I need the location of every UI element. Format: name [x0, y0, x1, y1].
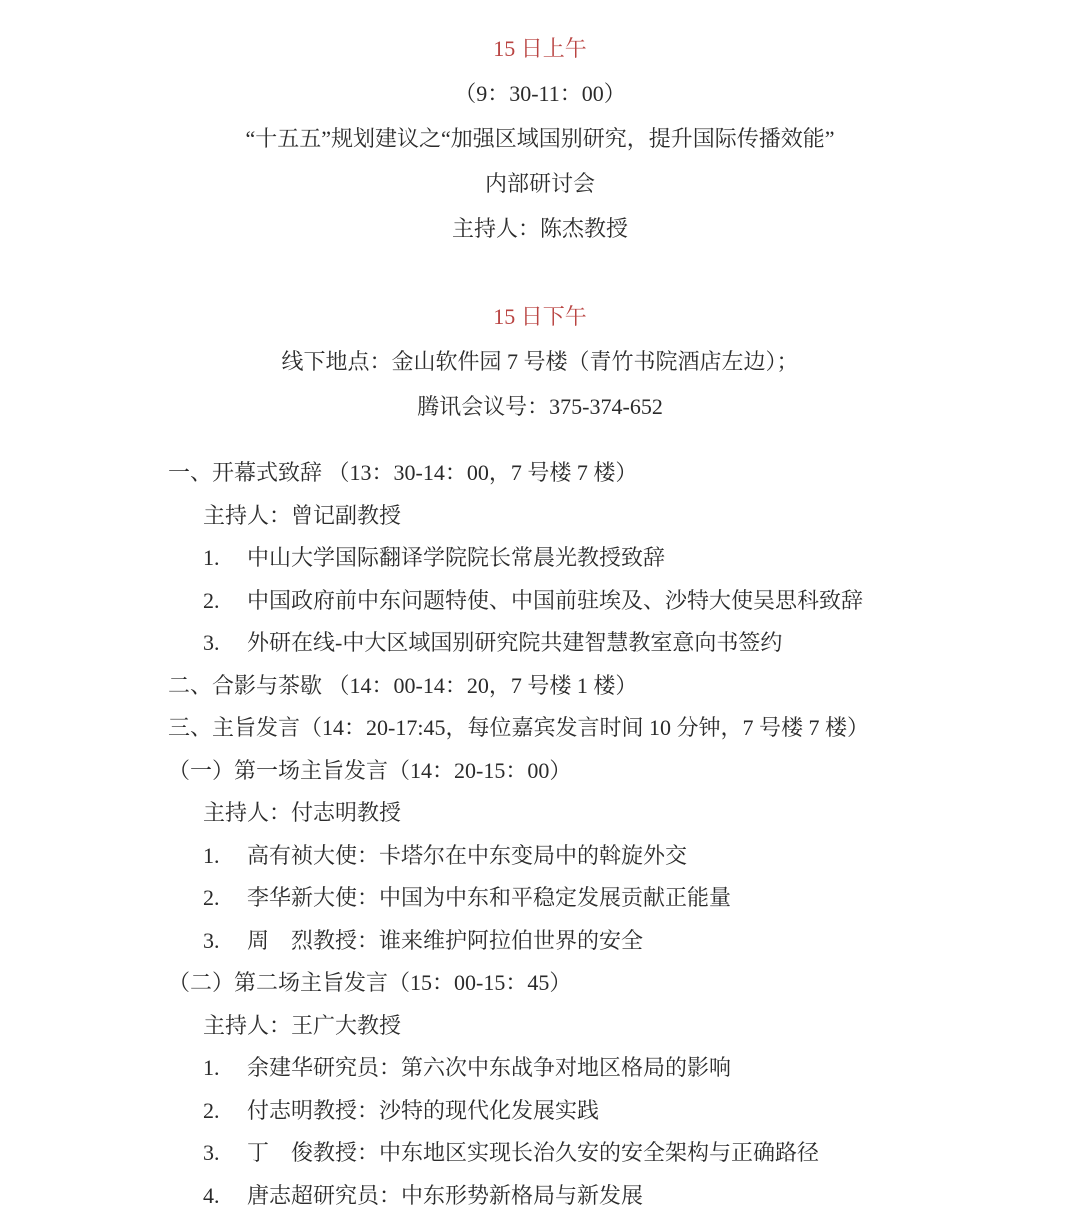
agenda-item-number: 1. — [203, 835, 247, 878]
agenda-section-1-host: 主持人：曾记副教授 — [0, 495, 1080, 538]
agenda-item-number: 2. — [203, 877, 247, 920]
agenda-item-number: 3. — [203, 622, 247, 665]
section-gap — [0, 429, 1080, 452]
agenda-item-number: 4. — [203, 1175, 247, 1218]
afternoon-session-block: 15 日下午 线下地点：金山软件园 7 号楼（青竹书院酒店左边）； 腾讯会议号：… — [0, 294, 1080, 429]
agenda-section-3-heading: 三、主旨发言（14：20-17:45，每位嘉宾发言时间 10 分钟，7 号楼 7… — [0, 707, 1080, 750]
agenda-item-number: 1. — [203, 1047, 247, 1090]
agenda-item-number: 3. — [203, 1132, 247, 1175]
agenda-item: 2.李华新大使：中国为中东和平稳定发展贡献正能量 — [0, 877, 1080, 920]
agenda-subsection-1-host: 主持人：付志明教授 — [0, 792, 1080, 835]
document-page: 15 日上午 （9：30-11：00） “十五五”规划建议之“加强区域国别研究，… — [0, 0, 1080, 1229]
section-gap — [0, 251, 1080, 294]
agenda-item: 2.付志明教授：沙特的现代化发展实践 — [0, 1090, 1080, 1133]
seminar-title: “十五五”规划建议之“加强区域国别研究，提升国际传播效能” — [0, 116, 1080, 161]
agenda-item: 1.余建华研究员：第六次中东战争对地区格局的影响 — [0, 1047, 1080, 1090]
morning-time: （9：30-11：00） — [0, 71, 1080, 116]
agenda-item-text: 中国政府前中东问题特使、中国前驻埃及、沙特大使吴思科致辞 — [247, 588, 863, 613]
agenda-item: 3.周 烈教授：谁来维护阿拉伯世界的安全 — [0, 920, 1080, 963]
agenda-item-text: 外研在线-中大区域国别研究院共建智慧教室意向书签约 — [247, 630, 782, 655]
morning-session-block: 15 日上午 （9：30-11：00） “十五五”规划建议之“加强区域国别研究，… — [0, 0, 1080, 251]
morning-heading: 15 日上午 — [0, 26, 1080, 71]
agenda-item: 1.高有祯大使：卡塔尔在中东变局中的斡旋外交 — [0, 835, 1080, 878]
agenda-item: 4.唐志超研究员：中东形势新格局与新发展 — [0, 1175, 1080, 1218]
agenda-item: 3.丁 俊教授：中东地区实现长治久安的安全架构与正确路径 — [0, 1132, 1080, 1175]
agenda-item: 1.中山大学国际翻译学院院长常晨光教授致辞 — [0, 537, 1080, 580]
agenda-item-text: 中山大学国际翻译学院院长常晨光教授致辞 — [247, 545, 665, 570]
agenda-item-number: 1. — [203, 537, 247, 580]
afternoon-venue: 线下地点：金山软件园 7 号楼（青竹书院酒店左边）； — [0, 339, 1080, 384]
agenda-item-text: 付志明教授：沙特的现代化发展实践 — [247, 1098, 599, 1123]
agenda-item-number: 2. — [203, 1090, 247, 1133]
agenda-item: 3.外研在线-中大区域国别研究院共建智慧教室意向书签约 — [0, 622, 1080, 665]
morning-host: 主持人：陈杰教授 — [0, 206, 1080, 251]
agenda-item-text: 丁 俊教授：中东地区实现长治久安的安全架构与正确路径 — [247, 1140, 819, 1165]
afternoon-heading: 15 日下午 — [0, 294, 1080, 339]
agenda-item-text: 余建华研究员：第六次中东战争对地区格局的影响 — [247, 1055, 731, 1080]
agenda-section-2-heading: 二、合影与茶歇 （14：00-14：20，7 号楼 1 楼） — [0, 665, 1080, 708]
agenda-subsection-1-heading: （一）第一场主旨发言（14：20-15：00） — [0, 750, 1080, 793]
agenda-item-text: 李华新大使：中国为中东和平稳定发展贡献正能量 — [247, 885, 731, 910]
agenda-item: 2.中国政府前中东问题特使、中国前驻埃及、沙特大使吴思科致辞 — [0, 580, 1080, 623]
agenda-item-text: 唐志超研究员：中东形势新格局与新发展 — [247, 1183, 643, 1208]
seminar-subtitle: 内部研讨会 — [0, 161, 1080, 206]
agenda-section-1-heading: 一、开幕式致辞 （13：30-14：00，7 号楼 7 楼） — [0, 452, 1080, 495]
agenda-item-number: 3. — [203, 920, 247, 963]
agenda-subsection-2-host: 主持人：王广大教授 — [0, 1005, 1080, 1048]
agenda-subsection-2-heading: （二）第二场主旨发言（15：00-15：45） — [0, 962, 1080, 1005]
agenda-list: 一、开幕式致辞 （13：30-14：00，7 号楼 7 楼） 主持人：曾记副教授… — [0, 452, 1080, 1217]
agenda-item-text: 周 烈教授：谁来维护阿拉伯世界的安全 — [247, 928, 643, 953]
agenda-item-text: 高有祯大使：卡塔尔在中东变局中的斡旋外交 — [247, 843, 687, 868]
afternoon-meeting-id: 腾讯会议号：375-374-652 — [0, 384, 1080, 429]
agenda-item-number: 2. — [203, 580, 247, 623]
